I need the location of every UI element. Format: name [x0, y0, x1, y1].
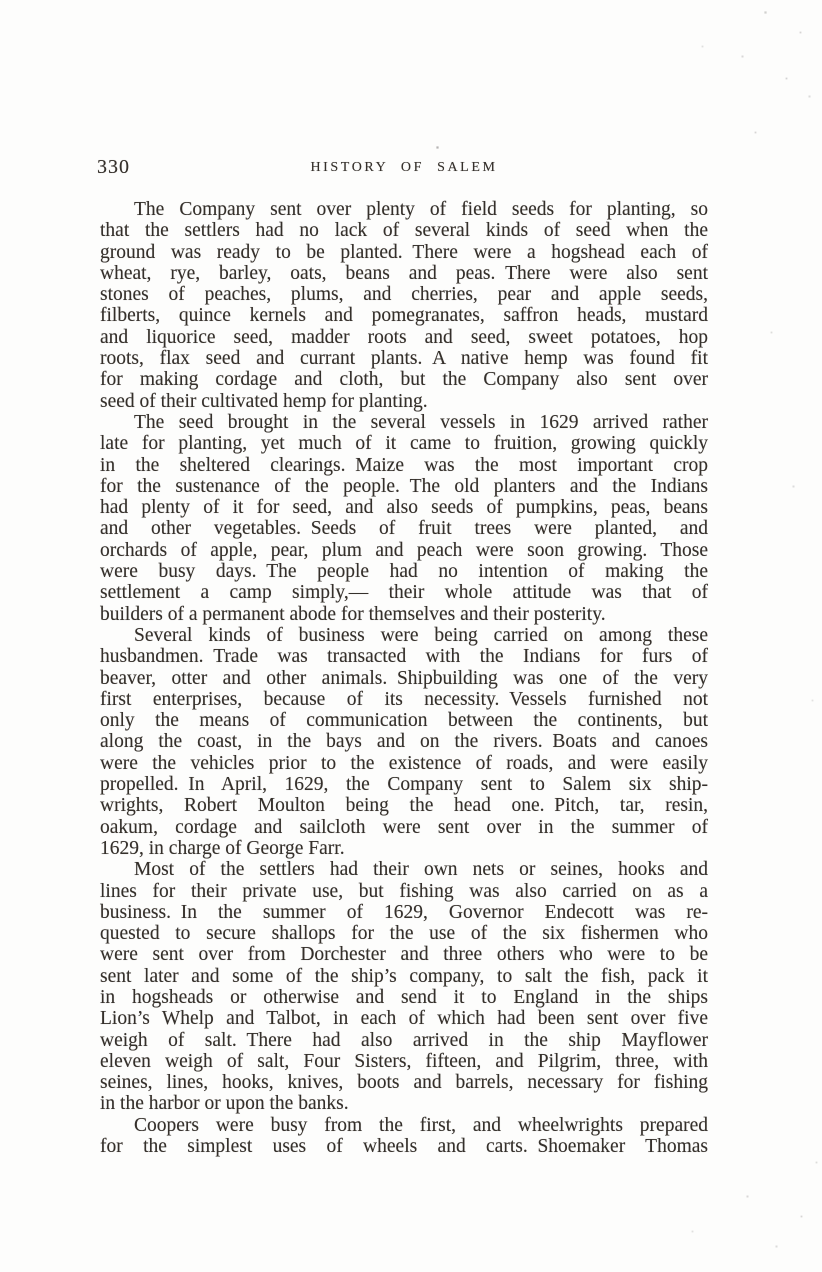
text-line: for making cordage and cloth, but the Co… [100, 369, 708, 390]
text-line: in the sheltered clearings. Maize was th… [100, 455, 708, 476]
text-line: had plenty of it for seed, and also seed… [100, 497, 708, 518]
text-line: stones of peaches, plums, and cherries, … [100, 284, 708, 305]
paragraph: Most of the settlers had their own nets … [100, 859, 708, 1115]
text-line: quested to secure shallops for the use o… [100, 923, 708, 944]
text-line: and liquorice seed, madder roots and see… [100, 327, 708, 348]
text-line: builders of a permanent abode for themse… [100, 604, 708, 625]
text-line: business. In the summer of 1629, Governo… [100, 902, 708, 923]
paragraph: The seed brought in the several vessels … [100, 412, 708, 625]
text-line: lines for their private use, but fishing… [100, 881, 708, 902]
text-line: eleven weigh of salt, Four Sisters, fift… [100, 1051, 708, 1072]
paragraph: Several kinds of business were being car… [100, 625, 708, 859]
text-line: The seed brought in the several vessels … [100, 412, 708, 433]
text-line: Coopers were busy from the first, and wh… [100, 1115, 708, 1136]
text-line: orchards of apple, pear, plum and peach … [100, 540, 708, 561]
text-line: Several kinds of business were being car… [100, 625, 708, 646]
text-line: husbandmen. Trade was transacted with th… [100, 646, 708, 667]
text-line: The Company sent over plenty of field se… [100, 199, 708, 220]
text-line: late for planting, yet much of it came t… [100, 433, 708, 454]
book-page: 330 HISTORY OF SALEM The Company sent ov… [0, 0, 822, 1272]
text-line: Most of the settlers had their own nets … [100, 859, 708, 880]
text-line: for the sustenance of the people. The ol… [100, 476, 708, 497]
text-line: roots, flax seed and currant plants. A n… [100, 348, 708, 369]
paragraph: The Company sent over plenty of field se… [100, 199, 708, 412]
text-line: along the coast, in the bays and on the … [100, 731, 708, 752]
paragraph: Coopers were busy from the first, and wh… [100, 1115, 708, 1158]
text-line: wheat, rye, barley, oats, beans and peas… [100, 263, 708, 284]
page-body: The Company sent over plenty of field se… [100, 199, 708, 1157]
scan-noise [0, 0, 1, 1]
text-line: for the simplest uses of wheels and cart… [100, 1136, 708, 1157]
text-line: first enterprises, because of its necess… [100, 689, 708, 710]
text-line: in the harbor or upon the banks. [100, 1093, 708, 1114]
text-line: were busy days. The people had no intent… [100, 561, 708, 582]
text-line: wrights, Robert Moulton being the head o… [100, 795, 708, 816]
text-line: only the means of communication between … [100, 710, 708, 731]
text-line: filberts, quince kernels and pomegranate… [100, 305, 708, 326]
text-line: Lion’s Whelp and Talbot, in each of whic… [100, 1008, 708, 1029]
text-line: weigh of salt. There had also arrived in… [100, 1030, 708, 1051]
text-line: propelled. In April, 1629, the Company s… [100, 774, 708, 795]
text-line: in hogsheads or otherwise and send it to… [100, 987, 708, 1008]
text-line: seed of their cultivated hemp for planti… [100, 391, 708, 412]
text-line: seines, lines, hooks, knives, boots and … [100, 1072, 708, 1093]
running-header-title: HISTORY OF SALEM [100, 160, 708, 176]
text-line: sent later and some of the ship’s compan… [100, 966, 708, 987]
text-line: were the vehicles prior to the existence… [100, 753, 708, 774]
text-line: settlement a camp simply,— their whole a… [100, 582, 708, 603]
text-line: ground was ready to be planted. There we… [100, 242, 708, 263]
text-line: and other vegetables. Seeds of fruit tre… [100, 518, 708, 539]
text-line: were sent over from Dorchester and three… [100, 944, 708, 965]
page-header: 330 HISTORY OF SALEM [100, 156, 708, 182]
text-line: that the settlers had no lack of several… [100, 220, 708, 241]
text-line: beaver, otter and other animals. Shipbui… [100, 668, 708, 689]
text-line: 1629, in charge of George Farr. [100, 838, 708, 859]
text-line: oakum, cordage and sailcloth were sent o… [100, 817, 708, 838]
